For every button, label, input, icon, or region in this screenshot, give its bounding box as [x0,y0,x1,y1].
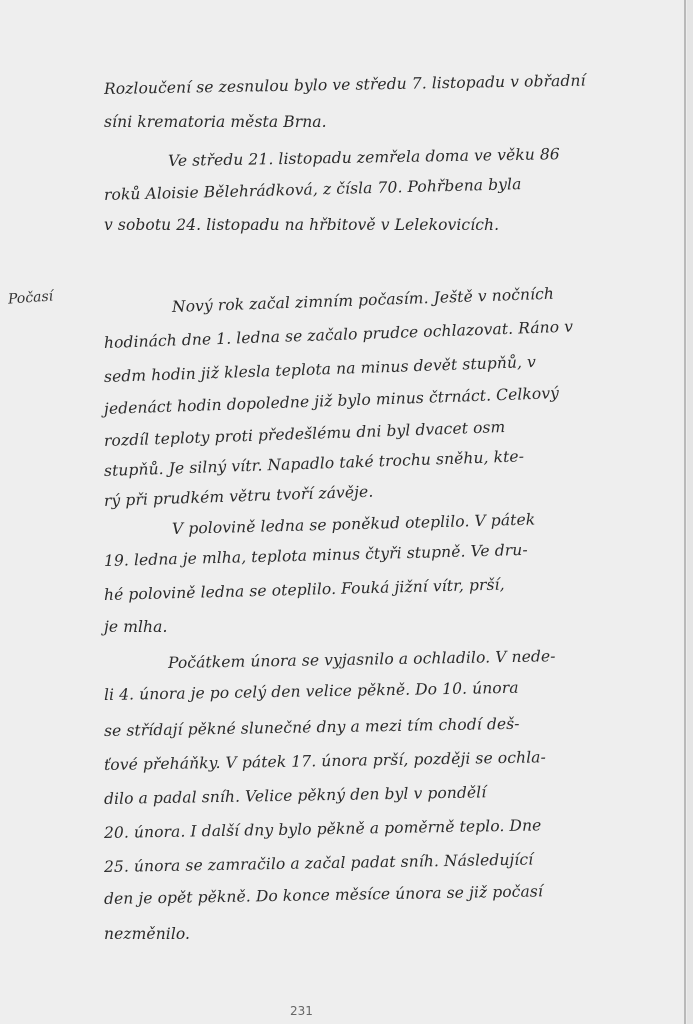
text-line: Rozloučení se zesnulou bylo ve středu 7.… [104,72,586,98]
text-line: Ve středu 21. listopadu zemřela doma ve … [168,145,560,170]
text-line: hé polovině ledna se oteplilo. Fouká již… [104,576,505,604]
text-line: Počátkem února se vyjasnilo a ochladilo.… [168,647,556,672]
text-line: 19. ledna je mlha, teplota minus čtyři s… [104,541,528,570]
text-line: hodinách dne 1. ledna se začalo prudce o… [104,318,574,352]
page-number: 231 [290,1004,313,1018]
text-line: dilo a padal sníh. Velice pěkný den byl … [104,783,487,808]
text-line: den je opět pěkně. Do konce měsíce února… [104,882,543,908]
text-line: li 4. února je po celý den velice pěkně.… [104,679,519,704]
text-line: síni krematoria města Brna. [104,113,327,131]
text-line: rozdíl teploty proti předešlému dni byl … [104,418,506,450]
text-line: v sobotu 24. listopadu na hřbitově v Lel… [104,216,499,234]
text-line: je mlha. [104,618,168,636]
text-line: nezměnilo. [104,925,190,943]
text-line: jedenáct hodin dopoledne již bylo minus … [104,384,560,418]
text-line: roků Aloisie Bělehrádková, z čísla 70. P… [104,175,522,204]
page-edge [684,0,686,1024]
text-line: Nový rok začal zimním počasím. Ještě v n… [172,285,555,316]
page-edge-shadow [687,0,693,1024]
text-line: 20. února. I další dny bylo pěkně a pomě… [104,816,542,842]
text-line: V polovině ledna se poněkud oteplilo. V … [172,510,536,538]
text-line: rý při prudkém větru tvoří závěje. [104,483,374,510]
text-line: ťové přeháňky. V pátek 17. února prší, p… [104,748,546,774]
text-line: 25. února se zamračilo a začal padat sní… [104,851,534,876]
text-line: se střídají pěkné slunečné dny a mezi tí… [104,715,520,740]
text-line: stupňů. Je silný vítr. Napadlo také troc… [104,447,525,480]
text-line: sedm hodin již klesla teplota na minus d… [104,353,537,386]
notebook-page: Počasí Rozloučení se zesnulou bylo ve st… [0,0,685,1024]
margin-note-weather: Počasí [7,288,53,307]
